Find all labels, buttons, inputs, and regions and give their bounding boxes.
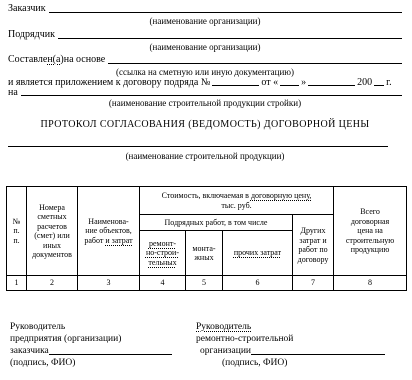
annex-close-quote: » [301,77,306,88]
month-blank [308,77,355,86]
annex-from-label: от « [261,77,278,88]
column-number-8: 8 [334,276,407,291]
column-number-2: 2 [27,276,78,291]
contractor-sig-hint: (подпись, ФИО) [196,357,385,369]
product-label: на [8,88,18,98]
header-other-expenses: прочих затрат [223,231,293,276]
customer-signature-block: Руководитель предприятия (организации) з… [10,321,172,369]
contract-number-blank [212,77,259,86]
product-line: на [8,88,402,98]
annex-year-label: 200 [357,77,372,88]
product-hint: (наименование строительной продукции стр… [8,98,402,108]
contractor-line: Подрядчик [8,28,402,41]
annex-line: и является приложением к договору подряд… [8,77,402,88]
signatures-section: Руководитель предприятия (организации) з… [10,321,402,369]
composed-label-post: на основе [64,54,105,66]
object-names-spellcheck: и затрат [105,236,132,245]
composed-line: Составлен(а) на основе [8,54,402,66]
column-number-4: 4 [140,276,186,291]
header-total: Всего договорная цена на строительную пр… [334,187,407,276]
customer-sig-title: Руководитель [10,321,172,333]
document-page: Заказчик (наименование организации) Подр… [0,0,412,380]
contractor-label: Подрядчик [8,28,55,41]
header-estimate-numbers: Номера сметных расчетов (смет) или иных … [27,187,78,276]
header-subcontract-works: Подрядных работ, в том числе [140,215,293,231]
contractor-sig-title: Руководитель [196,321,385,333]
cost-spellcheck: договорную цену, [251,191,311,200]
header-other-costs: Других затрат и работ по договору [293,215,334,276]
composed-label-spellcheck: н(а) [47,54,63,66]
column-number-3: 3 [78,276,140,291]
column-number-6: 6 [223,276,293,291]
reference-hint: (ссылка на сметную или иную документацию… [8,66,402,77]
contractor-sig-line: организации [196,345,385,357]
contractor-signature-block: Руководитель ремонтно-строительной орган… [196,321,385,369]
title-hint: (наименование строительной продукции) [8,151,402,161]
column-number-7: 7 [293,276,334,291]
header-installation: монта- жных [186,231,223,276]
document-title: ПРОТОКОЛ СОГЛАСОВАНИЯ (ВЕДОМОСТЬ) ДОГОВО… [8,119,402,131]
annex-text: и является приложением к договору подряд… [8,77,210,88]
annex-year-suffix: г. [386,77,391,88]
customer-blank-line [49,3,402,13]
header-repair-construction: ремонт- но-строи- тельных [140,231,186,276]
contractor-signature-blank [251,345,385,355]
title-blank-line [8,146,388,147]
contract-price-table: № п. п. Номера сметных расчетов (смет) и… [6,186,407,291]
product-blank-line [21,88,402,96]
customer-label: Заказчик [8,3,46,15]
header-row-number: № п. п. [7,187,27,276]
contractor-sig-org: ремонтно-строительной [196,333,385,345]
column-number-1: 1 [7,276,27,291]
header-cost: Стоимость, включаемая в договорную цену,… [140,187,334,215]
composed-label-pre: Составле [8,54,47,66]
composed-blank-line [108,54,402,64]
contractor-blank-line [58,28,402,39]
customer-sig-org: предприятия (организации) [10,333,172,345]
customer-sig-line: заказчика [10,345,172,357]
day-blank [280,77,299,86]
customer-sig-hint: (подпись, ФИО) [10,357,172,369]
customer-signature-blank [49,345,172,355]
column-number-5: 5 [186,276,223,291]
customer-line: Заказчик [8,3,402,15]
year-blank [374,77,384,86]
contractor-hint: (наименование организации) [8,41,402,54]
customer-hint: (наименование организации) [8,15,402,28]
header-object-names: Наименова- ние объектов, работ и затрат [78,187,140,276]
